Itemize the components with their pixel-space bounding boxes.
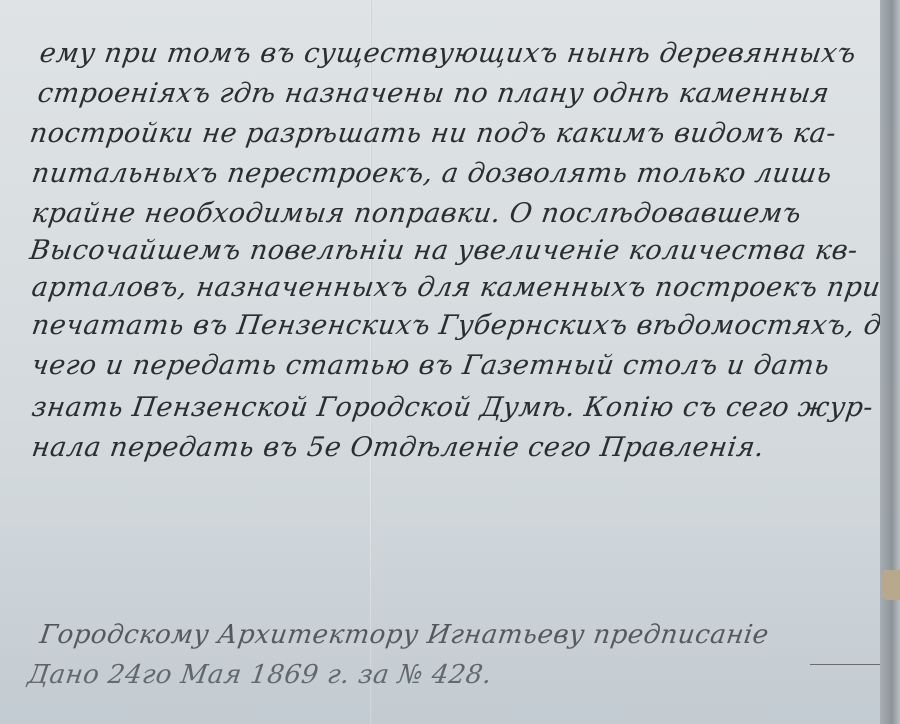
- addressee-line: Городскому Архитектору Игнатьеву предпис…: [38, 620, 771, 650]
- body-line-11: нала передать въ 5е Отдѣленіе сего Правл…: [30, 432, 766, 463]
- body-line-3: постройки не разрѣшать ни подъ какимъ ви…: [28, 118, 838, 149]
- page-edge-shadow: [880, 0, 900, 724]
- body-line-8: печатать въ Пензенскихъ Губернскихъ вѣдо…: [30, 310, 900, 341]
- body-line-7: арталовъ, назначенныхъ для каменныхъ пос…: [30, 272, 892, 303]
- body-line-4: питальныхъ перестроекъ, а дозволять толь…: [30, 158, 834, 189]
- body-line-9: чего и передать статью въ Газетный столъ…: [30, 350, 832, 381]
- date-number-line: Дано 24го Мая 1869 г. за № 428.: [26, 660, 494, 690]
- document-page: ему при томъ въ существующихъ нынѣ дерев…: [0, 0, 880, 724]
- body-line-6: Высочайшемъ повелѣніи на увеличеніе коли…: [28, 235, 860, 266]
- body-line-1: ему при томъ въ существующихъ нынѣ дерев…: [38, 38, 858, 69]
- body-line-5: крайне необходимыя поправки. О послѣдова…: [30, 198, 804, 229]
- paper-tear: [882, 570, 900, 600]
- closing-underline: [810, 664, 880, 665]
- body-line-2: строеніяхъ гдѣ назначены по плану однѣ к…: [36, 78, 832, 109]
- body-line-10: знать Пензенской Городской Думѣ. Копію с…: [30, 392, 875, 423]
